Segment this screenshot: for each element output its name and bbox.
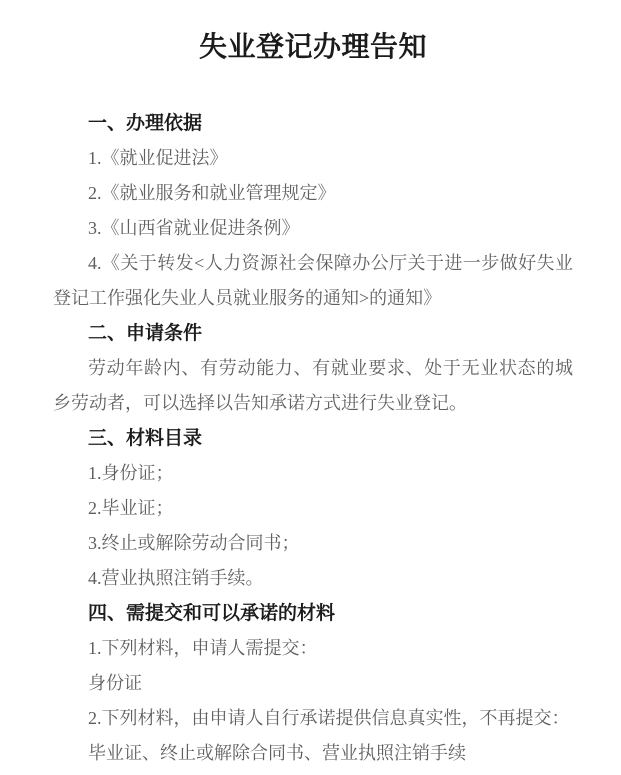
paragraph-basis-1: 1.《就业促进法》: [53, 141, 573, 176]
paragraph-promise-list: 毕业证、终止或解除合同书、营业执照注销手续: [53, 736, 573, 771]
paragraph-submit-intro: 1.下列材料，申请人需提交：: [53, 631, 573, 666]
paragraph-material-1: 1.身份证；: [53, 456, 573, 491]
document-title: 失业登记办理告知: [53, 30, 573, 64]
paragraph-material-2: 2.毕业证；: [53, 491, 573, 526]
paragraph-promise-intro: 2.下列材料，由申请人自行承诺提供信息真实性，不再提交：: [53, 701, 573, 736]
section-heading-materials: 三、材料目录: [53, 421, 573, 456]
paragraph-submit-list: 身份证: [53, 666, 573, 701]
document-body: 一、办理依据 1.《就业促进法》 2.《就业服务和就业管理规定》 3.《山西省就…: [53, 106, 573, 771]
section-heading-submission: 四、需提交和可以承诺的材料: [53, 596, 573, 631]
paragraph-material-3: 3.终止或解除劳动合同书；: [53, 526, 573, 561]
document-page: 失业登记办理告知 一、办理依据 1.《就业促进法》 2.《就业服务和就业管理规定…: [0, 0, 621, 775]
section-heading-basis: 一、办理依据: [53, 106, 573, 141]
paragraph-conditions: 劳动年龄内、有劳动能力、有就业要求、处于无业状态的城乡劳动者，可以选择以告知承诺…: [53, 351, 573, 421]
paragraph-basis-3: 3.《山西省就业促进条例》: [53, 211, 573, 246]
paragraph-material-4: 4.营业执照注销手续。: [53, 561, 573, 596]
paragraph-basis-2: 2.《就业服务和就业管理规定》: [53, 176, 573, 211]
paragraph-basis-4: 4.《关于转发<人力资源社会保障办公厅关于进一步做好失业登记工作强化失业人员就业…: [53, 246, 573, 316]
section-heading-conditions: 二、申请条件: [53, 316, 573, 351]
